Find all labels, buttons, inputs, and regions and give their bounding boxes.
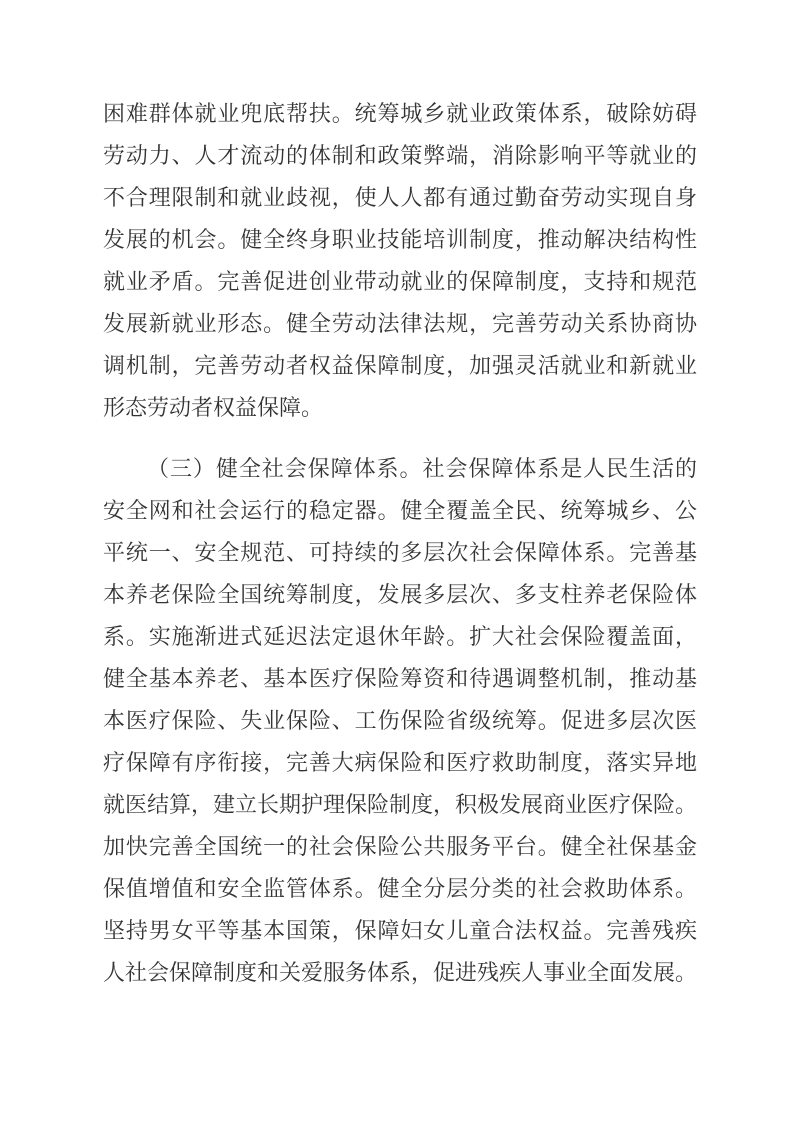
text-line: 发展新就业形态。健全劳动法律法规，完善劳动关系协商协 (103, 303, 697, 345)
text-line: 形态劳动者权益保障。 (103, 387, 697, 429)
text-line: 调机制，完善劳动者权益保障制度，加强灵活就业和新就业 (103, 345, 697, 387)
text-line: （三）健全社会保障体系。社会保障体系是人民生活的 (103, 448, 697, 490)
text-line: 健全基本养老、基本医疗保险筹资和待遇调整机制，推动基 (103, 658, 697, 700)
text-line: 不合理限制和就业歧视，使人人都有通过勤奋劳动实现自身 (103, 177, 697, 219)
paragraph: 困难群体就业兜底帮扶。统筹城乡就业政策体系，破除妨碍劳动力、人才流动的体制和政策… (103, 93, 697, 429)
text-line: 本医疗保险、失业保险、工伤保险省级统筹。促进多层次医 (103, 700, 697, 742)
text-line: 本养老保险全国统筹制度，发展多层次、多支柱养老保险体 (103, 574, 697, 616)
text-line: 加快完善全国统一的社会保险公共服务平台。健全社保基金 (103, 826, 697, 868)
text-line: 劳动力、人才流动的体制和政策弊端，消除影响平等就业的 (103, 135, 697, 177)
text-line: 人社会保障制度和关爱服务体系，促进残疾人事业全面发展。 (103, 952, 697, 994)
text-line: 坚持男女平等基本国策，保障妇女儿童合法权益。完善残疾 (103, 910, 697, 952)
text-line: 困难群体就业兜底帮扶。统筹城乡就业政策体系，破除妨碍 (103, 93, 697, 135)
text-line: 疗保障有序衔接，完善大病保险和医疗救助制度，落实异地 (103, 742, 697, 784)
text-line: 就医结算，建立长期护理保险制度，积极发展商业医疗保险。 (103, 784, 697, 826)
text-line: 平统一、安全规范、可持续的多层次社会保障体系。完善基 (103, 532, 697, 574)
text-line: 保值增值和安全监管体系。健全分层分类的社会救助体系。 (103, 868, 697, 910)
text-line: 发展的机会。健全终身职业技能培训制度，推动解决结构性 (103, 219, 697, 261)
paragraph: （三）健全社会保障体系。社会保障体系是人民生活的安全网和社会运行的稳定器。健全覆… (103, 448, 697, 994)
text-line: 系。实施渐进式延迟法定退休年龄。扩大社会保险覆盖面， (103, 616, 697, 658)
text-line: 就业矛盾。完善促进创业带动就业的保障制度，支持和规范 (103, 261, 697, 303)
document-page: 困难群体就业兜底帮扶。统筹城乡就业政策体系，破除妨碍劳动力、人才流动的体制和政策… (0, 0, 800, 1131)
text-line: 安全网和社会运行的稳定器。健全覆盖全民、统筹城乡、公 (103, 490, 697, 532)
document-body: 困难群体就业兜底帮扶。统筹城乡就业政策体系，破除妨碍劳动力、人才流动的体制和政策… (103, 93, 697, 994)
